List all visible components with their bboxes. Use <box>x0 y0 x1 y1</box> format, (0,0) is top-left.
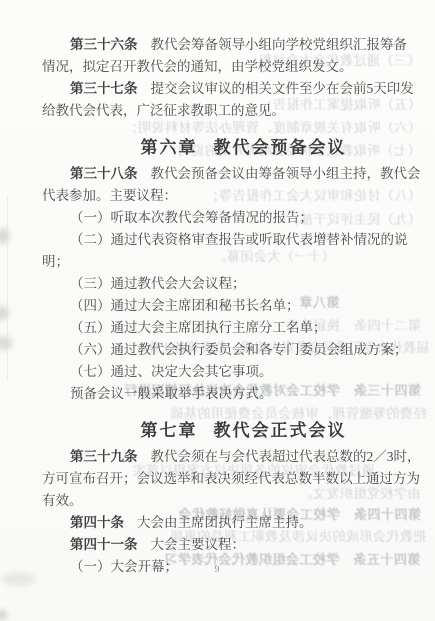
page-number: 9 <box>0 565 435 575</box>
article-40-line: 第四十条大会由主席团执行主席主持。 <box>42 512 415 534</box>
article-37-continuation: 给教代会代表，广泛征求教职工的意见。 <box>42 100 415 122</box>
article-text: 情况，拟定召开教代会的通知，由学校党组织发文。 <box>42 59 353 74</box>
article-text: 大会主要议程： <box>151 537 246 552</box>
article-number: 第三十六条 <box>70 37 138 52</box>
article-38-line: 第三十八条教代会预备会议由筹备领导小组主持，教代会 <box>42 163 415 185</box>
list-item-1: （一）听取本次教代会筹备情况的报告； <box>42 207 415 229</box>
list-item-5: （五）通过大会主席团执行主席分工名单； <box>42 317 415 339</box>
article-number: 第三十八条 <box>70 166 138 181</box>
list-item-3: （三）通过教代会大会议程； <box>42 273 415 295</box>
list-item-4: （四）通过大会主席团和秘书长名单； <box>42 295 415 317</box>
page-content: 第三十六条教代会筹备领导小组向学校党组织汇报筹备 情况，拟定召开教代会的通知，由… <box>0 0 435 578</box>
article-number: 第四十条 <box>70 515 124 530</box>
article-number: 第三十九条 <box>70 449 138 464</box>
chapter-6-heading: 第六章教代会预备会议 <box>42 136 415 160</box>
article-text: 代表参加。主要议程： <box>42 188 177 203</box>
list-item-2: （二）通过代表资格审查报告或听取代表增替补情况的说 <box>42 229 415 251</box>
list-item-text: （七）通过、决定大会其它事项。 <box>70 364 273 379</box>
list-item-text: 明； <box>42 254 69 269</box>
list-item-text: （五）通过大会主席团执行主席分工名单； <box>70 320 327 335</box>
article-39-continuation: 方可宣布召开；会议选举和表决须经代表总数半数以上通过方为 <box>42 468 415 490</box>
chapter-number: 第六章 <box>141 138 198 157</box>
chapter-title: 教代会预备会议 <box>214 138 347 157</box>
article-text: 提交会议审议的相关文件至少在会前5天印发 <box>151 81 414 96</box>
list-item-text: （一）听取本次教代会筹备情况的报告； <box>70 210 313 225</box>
article-41-line: 第四十一条大会主要议程： <box>42 534 415 556</box>
article-text: 方可宣布召开；会议选举和表决须经代表总数半数以上通过方为 <box>42 471 420 486</box>
list-item-text: （三）通过教代会大会议程； <box>70 276 246 291</box>
article-38-continuation: 代表参加。主要议程： <box>42 185 415 207</box>
chapter-7-heading: 第七章教代会正式会议 <box>42 419 415 443</box>
article-number: 第四十一条 <box>70 537 138 552</box>
list-item-7: （七）通过、决定大会其它事项。 <box>42 361 415 383</box>
article-text: 教代会筹备领导小组向学校党组织汇报筹备 <box>151 37 408 52</box>
article-37-line: 第三十七条提交会议审议的相关文件至少在会前5天印发 <box>42 78 415 100</box>
article-36-continuation: 情况，拟定召开教代会的通知，由学校党组织发文。 <box>42 56 415 78</box>
list-item-2-continuation: 明； <box>42 251 415 273</box>
article-text: 教代会预备会议由筹备领导小组主持，教代会 <box>151 166 421 181</box>
article-number: 第三十七条 <box>70 81 138 96</box>
article-39-continuation-2: 有效。 <box>42 490 415 512</box>
scan-smudge <box>0 610 7 620</box>
paragraph-text: 预备会议一般采取举手表决方式。 <box>70 386 273 401</box>
article-36-line: 第三十六条教代会筹备领导小组向学校党组织汇报筹备 <box>42 34 415 56</box>
article-text: 有效。 <box>42 493 83 508</box>
article-text: 大会由主席团执行主席主持。 <box>137 515 313 530</box>
list-item-6: （六）通过教代会执行委员会和各专门委员会组成方案； <box>42 339 415 361</box>
article-39-line: 第三十九条教代会须在与会代表超过代表总数的2／3时， <box>42 446 415 468</box>
article-text: 给教代会代表，广泛征求教职工的意见。 <box>42 103 285 118</box>
list-item-text: （四）通过大会主席团和秘书长名单； <box>70 298 300 313</box>
chapter-number: 第七章 <box>141 421 198 440</box>
paragraph-voting-method: 预备会议一般采取举手表决方式。 <box>42 383 415 405</box>
list-item-text: （二）通过代表资格审查报告或听取代表增替补情况的说 <box>70 232 408 247</box>
article-text: 教代会须在与会代表超过代表总数的2／3时， <box>151 449 421 464</box>
list-item-text: （六）通过教代会执行委员会和各专门委员会组成方案； <box>70 342 408 357</box>
chapter-title: 教代会正式会议 <box>214 421 347 440</box>
